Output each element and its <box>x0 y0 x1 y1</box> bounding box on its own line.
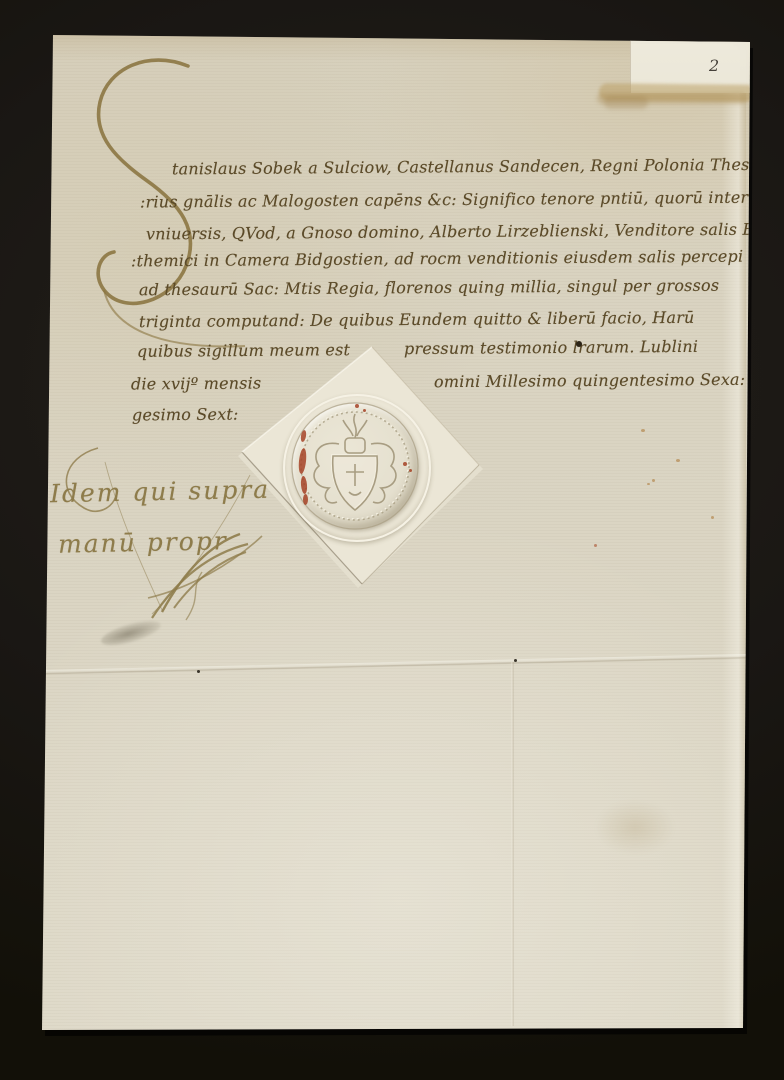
pinhole <box>514 659 517 662</box>
fold-crease-vertical <box>511 662 514 1026</box>
foxing-spot <box>647 483 650 485</box>
photo-background: 2 tanislaus Sobek a Sulciow, Castellanus… <box>0 0 784 1080</box>
red-wax-trace <box>355 404 359 408</box>
red-wax-trace <box>363 409 366 412</box>
red-wax-trace <box>403 462 407 466</box>
red-wax-trace <box>409 469 412 472</box>
foxing-spot <box>676 459 680 462</box>
foxing-spot <box>711 516 714 519</box>
pinhole <box>197 670 200 673</box>
document-page: 2 tanislaus Sobek a Sulciow, Castellanus… <box>0 0 784 1080</box>
foxing-spot <box>594 544 597 547</box>
foxing-spot <box>641 429 645 432</box>
signature-paraph <box>90 440 310 630</box>
foxing-spot <box>652 479 655 482</box>
